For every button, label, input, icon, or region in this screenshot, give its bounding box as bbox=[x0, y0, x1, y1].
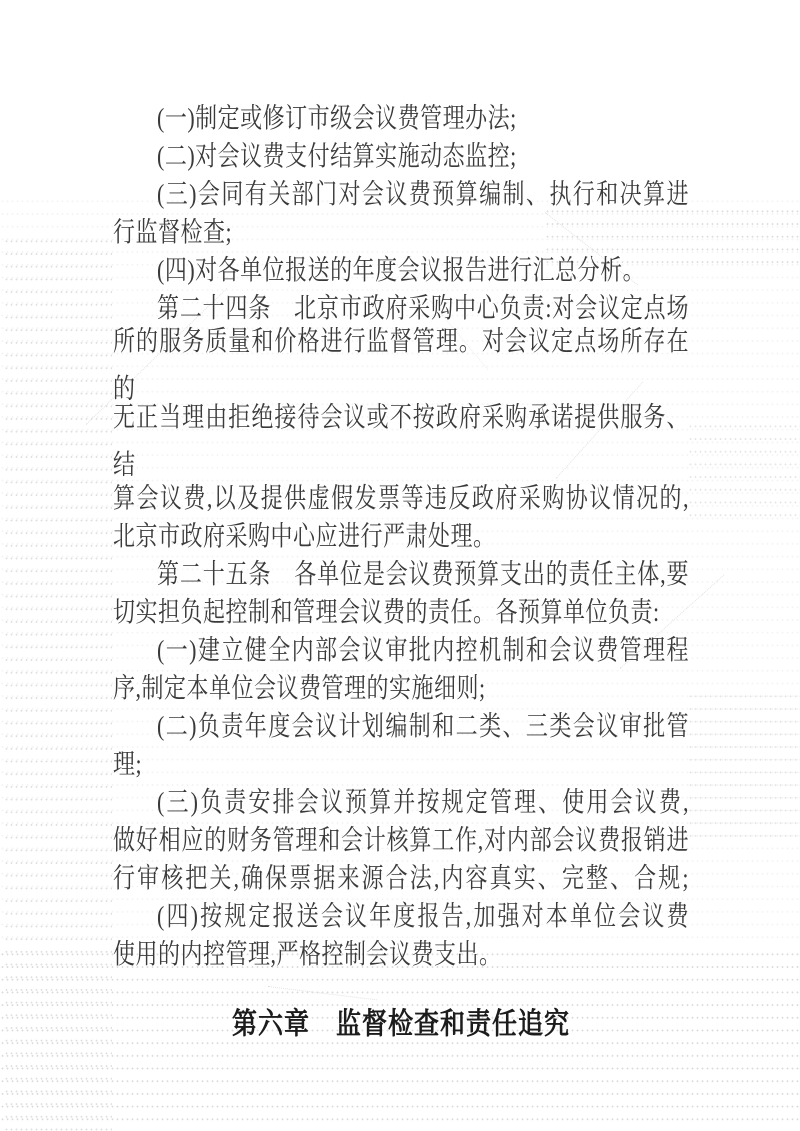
scan-artifact-right-margin bbox=[688, 690, 800, 840]
chapter-heading: 第六章 监督检查和责任追究 bbox=[113, 1002, 689, 1047]
document-line: 使用的内控管理,严格控制会议费支出。 bbox=[113, 930, 689, 978]
document-body: (一)制定或修订市级会议费管理办法; (二)对会议费支付结算实施动态监控; (三… bbox=[113, 99, 689, 1043]
scan-artifact-left-margin bbox=[4, 235, 112, 1131]
scan-artifact-right-margin bbox=[688, 420, 800, 520]
scanned-document-page: (一)制定或修订市级会议费管理办法; (二)对会议费支付结算实施动态监控; (三… bbox=[0, 0, 800, 1131]
